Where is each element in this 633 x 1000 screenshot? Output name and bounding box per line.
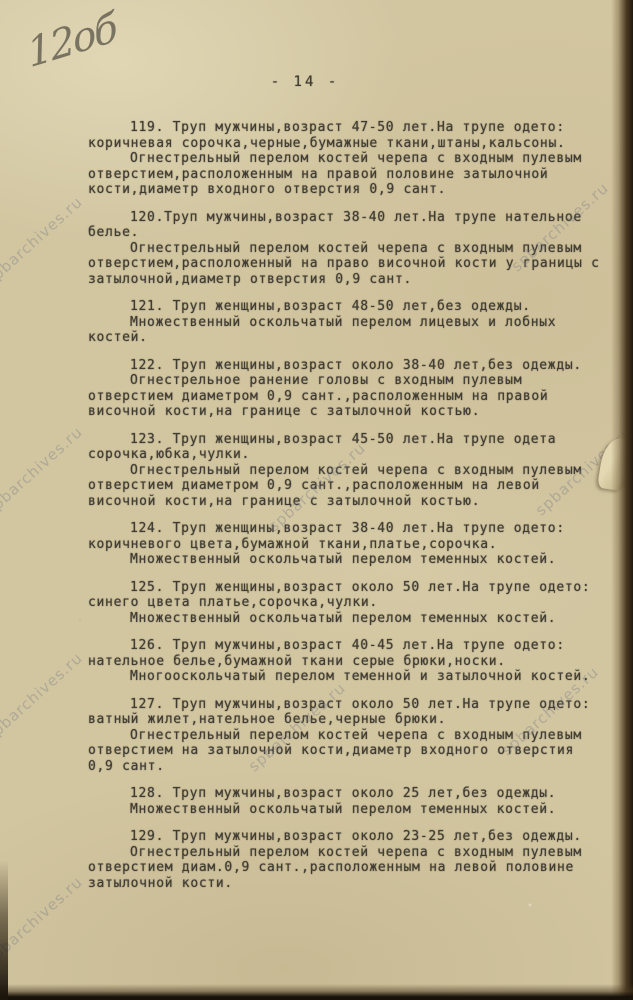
- entry: 125. Труп женщины,возраст около 50 лет.Н…: [88, 580, 603, 627]
- scan-edge-bottom: [0, 984, 633, 1000]
- entry: 122. Труп женщины,возраст около 38-40 ле…: [88, 358, 603, 420]
- scan-edge-left: [0, 860, 8, 1000]
- archive-watermark: spbarchives.ru: [0, 193, 86, 289]
- entry-paragraph: 123. Труп женщины,возраст 45-50 лет.На т…: [88, 432, 603, 463]
- scan-edge-right: [611, 0, 633, 1000]
- entry-paragraph: Множественный оскольчатый перелом теменн…: [88, 802, 603, 818]
- entry-paragraph: Огнестрельный перелом костей черепа с вх…: [88, 845, 603, 892]
- document-page: 12об - 14 - 119. Труп мужчины,возраст 47…: [0, 0, 633, 1000]
- archive-watermark: spbarchives.ru: [0, 649, 86, 745]
- entry: 124. Труп женщины,возраст 38-40 лет.На т…: [88, 521, 603, 568]
- entry-paragraph: 127. Труп мужчины,возраст около 50 лет.Н…: [88, 697, 603, 728]
- entry: 121. Труп женщины,возраст 48-50 лет,без …: [88, 299, 603, 346]
- entry-paragraph: 122. Труп женщины,возраст около 38-40 ле…: [88, 358, 603, 374]
- entry: 119. Труп мужчины,возраст 47-50 лет.На т…: [88, 120, 603, 198]
- archive-watermark: spbarchives.ru: [0, 873, 86, 969]
- entry-paragraph: Многооскольчатый перелом теменной и заты…: [88, 669, 603, 685]
- entry-paragraph: Множественный оскольчатый перелом теменн…: [88, 611, 603, 627]
- entry-paragraph: Огнестрельный перелом костей черепа с вх…: [88, 241, 603, 288]
- entry-paragraph: Огнестрельный перелом костей черепа с вх…: [88, 463, 603, 510]
- entry-paragraph: 124. Труп женщины,возраст 38-40 лет.На т…: [88, 521, 603, 552]
- entry-paragraph: 126. Труп мужчины,возраст 40-45 лет.На т…: [88, 638, 603, 669]
- entry: 123. Труп женщины,возраст 45-50 лет.На т…: [88, 432, 603, 510]
- entry-paragraph: Огнестрельный перелом костей черепа с вх…: [88, 728, 603, 775]
- document-body: 119. Труп мужчины,возраст 47-50 лет.На т…: [88, 120, 603, 903]
- handwritten-folio-note: 12об: [24, 5, 119, 78]
- entries: 119. Труп мужчины,возраст 47-50 лет.На т…: [88, 120, 603, 891]
- entry-paragraph: 128. Труп мужчины,возраст около 25 лет,б…: [88, 786, 603, 802]
- entry-paragraph: 120.Труп мужчины,возраст 38-40 лет.На тр…: [88, 210, 603, 241]
- entry: 129. Труп мужчины,возраст около 23-25 ле…: [88, 829, 603, 891]
- entry: 128. Труп мужчины,возраст около 25 лет,б…: [88, 786, 603, 817]
- entry-paragraph: Множественный оскольчатый перелом теменн…: [88, 552, 603, 568]
- entry-paragraph: 125. Труп женщины,возраст около 50 лет.Н…: [88, 580, 603, 611]
- entry: 120.Труп мужчины,возраст 38-40 лет.На тр…: [88, 210, 603, 288]
- entry-paragraph: Множественный оскольчатый перелом лицевы…: [88, 315, 603, 346]
- entry-paragraph: 119. Труп мужчины,возраст 47-50 лет.На т…: [88, 120, 603, 151]
- entry-paragraph: Огнестрельный перелом костей черепа с вх…: [88, 151, 603, 198]
- entry-paragraph: 121. Труп женщины,возраст 48-50 лет,без …: [88, 299, 603, 315]
- entry-paragraph: Огнестрельное ранение головы с входным п…: [88, 373, 603, 420]
- archive-watermark: spbarchives.ru: [0, 423, 86, 519]
- page-number: - 14 -: [0, 74, 610, 90]
- entry-paragraph: 129. Труп мужчины,возраст около 23-25 ле…: [88, 829, 603, 845]
- entry: 126. Труп мужчины,возраст 40-45 лет.На т…: [88, 638, 603, 685]
- entry: 127. Труп мужчины,возраст около 50 лет.Н…: [88, 697, 603, 775]
